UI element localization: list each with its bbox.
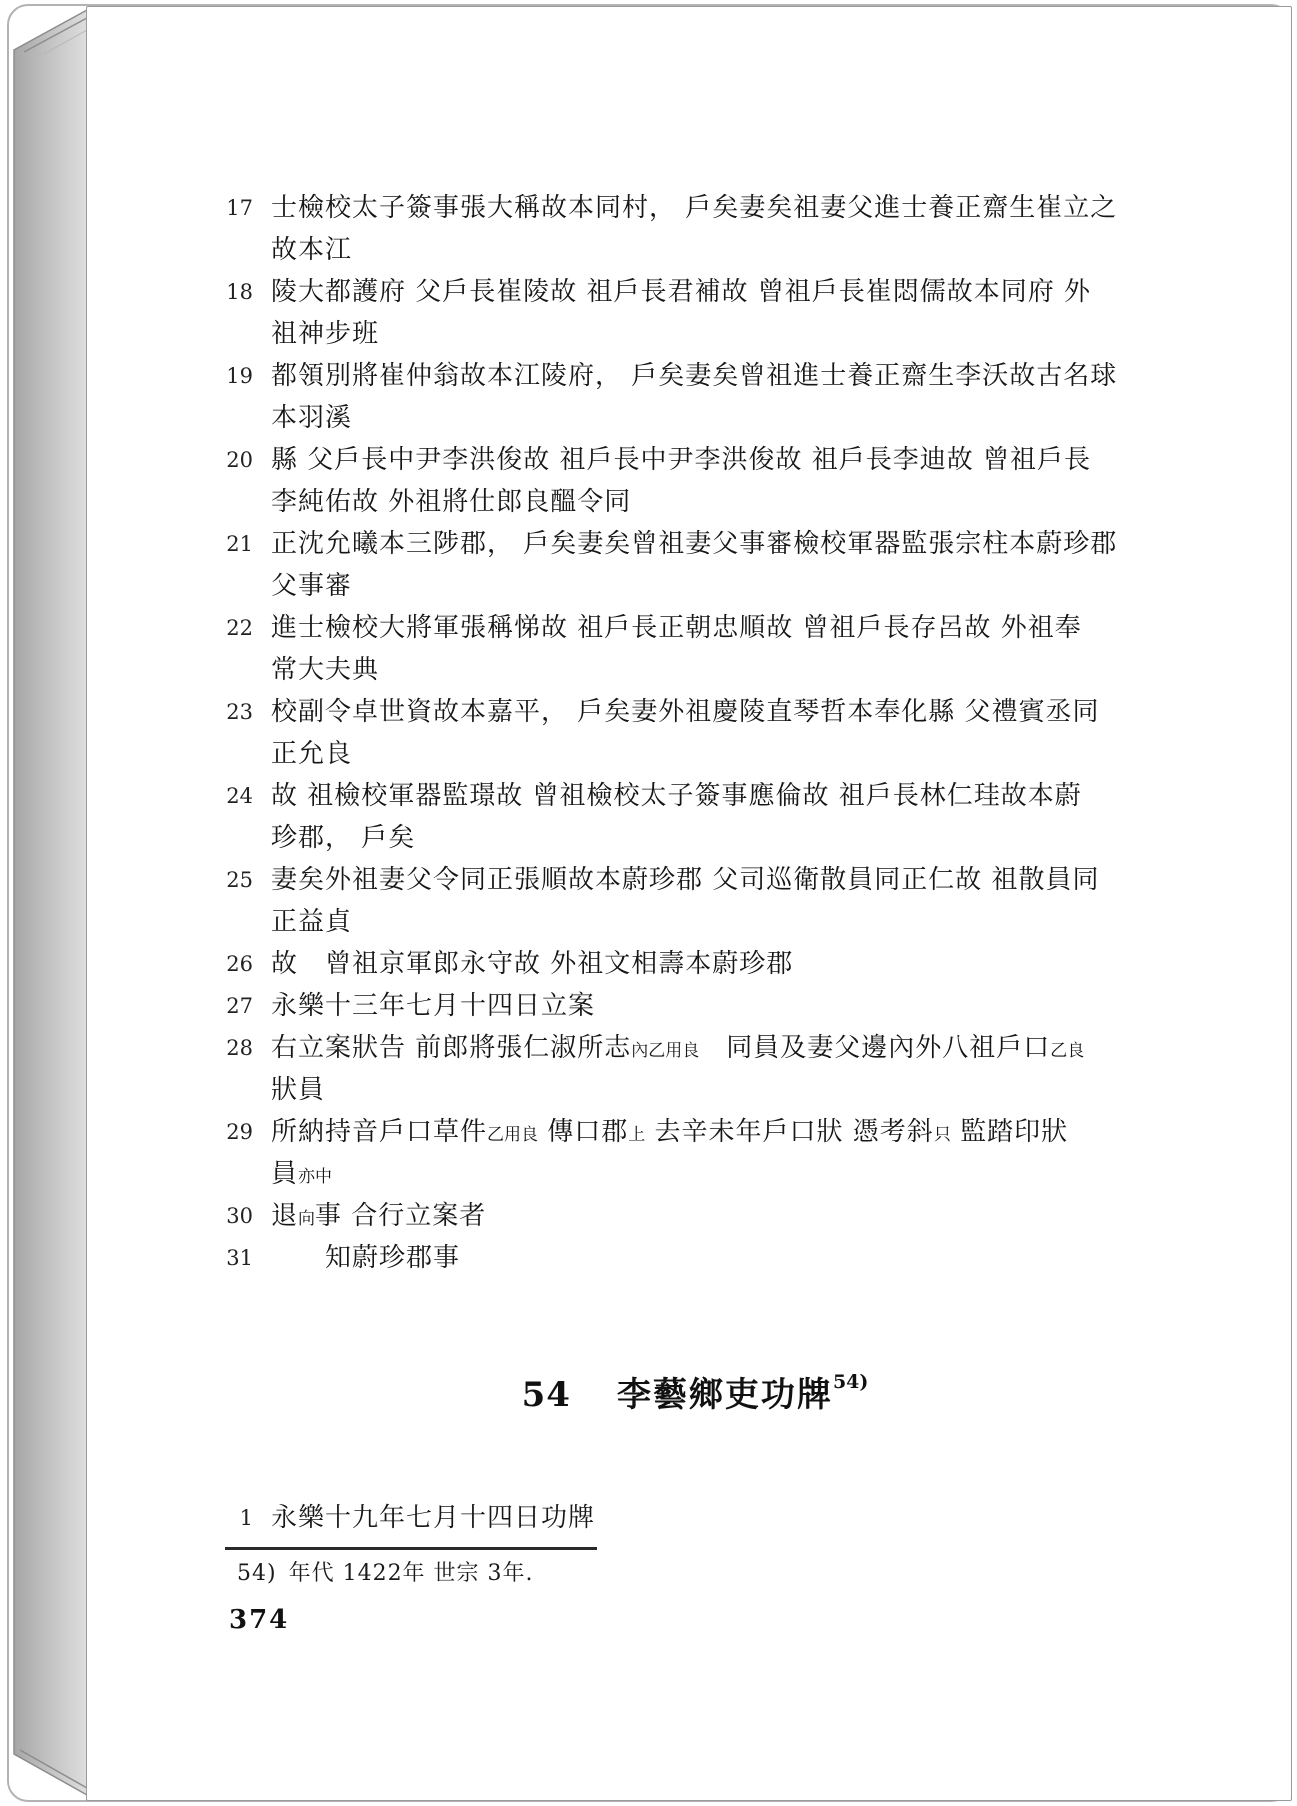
line-text: 退向事 合行立案者 [271,1195,486,1237]
line-number [215,565,253,607]
footnote-divider [225,1547,597,1550]
line-text: 珍郡， 戶矣 [271,817,415,859]
line-number [215,733,253,775]
section-number: 54 [522,1375,571,1415]
scanned-book-page: 17士檢校太子簽事張大稱故本同村， 戶矣妻矣祖妻父進士養正齋生崔立之故本江18陵… [0,0,1297,1806]
document-line-row: 18陵大都護府 父戶長崔陵故 祖戶長君補故 曾祖戶長崔悶儒故本同府 外 [215,271,1175,313]
line-text: 故 祖檢校軍器監璟故 曾祖檢校太子簽事應倫故 祖戶長林仁珪故本蔚 [271,775,1082,817]
line-number [215,313,253,355]
document-line-row: 正益貞 [215,901,1175,943]
line-text: 正沈允曦本三陟郡， 戶矣妻矣曾祖妻父事審檢校軍器監張宗柱本蔚珍郡 [271,523,1117,565]
section-heading: 54李藝鄉吏功牌54) [215,1359,1175,1405]
line-text: 進士檢校大將軍張稱悌故 祖戶長正朝忠順故 曾祖戶長存呂故 外祖奉 [271,607,1082,649]
document-line-row: 正允良 [215,733,1175,775]
text-segment: 縣 父戶長中尹李洪俊故 祖戶長中尹李洪俊故 祖戶長李迪故 曾祖戶長 [271,445,1091,475]
idu-gloss: 內乙用良 [631,1041,699,1061]
line-text: 所納持音戶口草件乙用良 傳口郡上 去辛未年戶口狀 憑考斜只 監踏印狀 [271,1111,1068,1153]
footnote: 54)年代 1422年 世宗 3年. [237,1559,937,1589]
idu-gloss: 亦中 [298,1167,332,1187]
text-segment: 李純佑故 外祖將仕郎良醞令同 [271,487,631,517]
line-text: 正益貞 [271,901,352,943]
line-number: 28 [215,1027,253,1069]
text-segment: 故 祖檢校軍器監璟故 曾祖檢校太子簽事應倫故 祖戶長林仁珪故本蔚 [271,781,1082,811]
text-segment: 知蔚珍郡事 [325,1243,460,1273]
line-number [215,481,253,523]
entry-54-lines: 1永樂十九年七月十四日功牌 [215,1497,1175,1539]
document-line-row: 員亦中 [215,1153,1175,1195]
line-number: 23 [215,691,253,733]
line-number: 21 [215,523,253,565]
line-text: 父事審 [271,565,352,607]
line-text: 知蔚珍郡事 [271,1237,460,1279]
line-number [215,817,253,859]
document-line-row: 珍郡， 戶矣 [215,817,1175,859]
text-segment: 員 [271,1159,298,1189]
line-number: 20 [215,439,253,481]
text-segment: 常大夫典 [271,655,379,685]
line-number [215,229,253,271]
line-number [215,397,253,439]
text-segment: 都領別將崔仲翁故本江陵府， 戶矣妻矣曾祖進士養正齋生李沃故古名球 [271,361,1117,391]
line-number [215,1153,253,1195]
text-segment: 退 [271,1201,298,1231]
line-text: 故本江 [271,229,352,271]
section-title: 李藝鄉吏功牌 [617,1375,833,1415]
text-segment: 祖神步班 [271,319,379,349]
line-number: 19 [215,355,253,397]
document-line-row: 22進士檢校大將軍張稱悌故 祖戶長正朝忠順故 曾祖戶長存呂故 外祖奉 [215,607,1175,649]
text-segment: 珍郡， 戶矣 [271,823,415,853]
text-segment: 所納持音戶口草件 [271,1117,487,1147]
text-segment: 妻矣外祖妻父令同正張順故本蔚珍郡 父司巡衛散員同正仁故 祖散員同 [271,865,1100,895]
document-line-row: 31知蔚珍郡事 [215,1237,1175,1279]
line-text: 狀員 [271,1069,325,1111]
text-segment: 校副令卓世資故本嘉平， 戶矣妻外祖慶陵直琴哲本奉化縣 父禮賓丞同 [271,697,1100,727]
line-text: 右立案狀告 前郎將張仁淑所志內乙用良 同員及妻父邊內外八祖戶口乙良 [271,1027,1084,1069]
document-line-row: 20縣 父戶長中尹李洪俊故 祖戶長中尹李洪俊故 祖戶長李迪故 曾祖戶長 [215,439,1175,481]
document-line-row: 25妻矣外祖妻父令同正張順故本蔚珍郡 父司巡衛散員同正仁故 祖散員同 [215,859,1175,901]
line-text: 本羽溪 [271,397,352,439]
document-line-row: 1永樂十九年七月十四日功牌 [215,1497,1175,1539]
text-segment: 同員及妻父邊內外八祖戶口 [699,1033,1050,1063]
document-line-row: 常大夫典 [215,649,1175,691]
idu-gloss: 向 [298,1209,315,1229]
text-segment: 正允良 [271,739,352,769]
line-text: 校副令卓世資故本嘉平， 戶矣妻外祖慶陵直琴哲本奉化縣 父禮賓丞同 [271,691,1100,733]
text-segment: 正沈允曦本三陟郡， 戶矣妻矣曾祖妻父事審檢校軍器監張宗柱本蔚珍郡 [271,529,1117,559]
line-text: 永樂十九年七月十四日功牌 [271,1497,595,1539]
text-segment: 右立案狀告 前郎將張仁淑所志 [271,1033,631,1063]
section-footnote-ref: 54) [833,1371,868,1393]
idu-gloss: 乙用良 [487,1125,538,1145]
idu-gloss: 上 [628,1125,645,1145]
footnote-text: 年代 1422年 世宗 3年. [289,1561,534,1586]
text-segment: 父事審 [271,571,352,601]
line-number: 1 [215,1497,253,1539]
document-line-row: 19都領別將崔仲翁故本江陵府， 戶矣妻矣曾祖進士養正齋生李沃故古名球 [215,355,1175,397]
line-text: 祖神步班 [271,313,379,355]
line-text: 故 曾祖京軍郎永守故 外祖文相壽本蔚珍郡 [271,943,793,985]
line-text: 陵大都護府 父戶長崔陵故 祖戶長君補故 曾祖戶長崔悶儒故本同府 外 [271,271,1091,313]
text-segment: 本羽溪 [271,403,352,433]
line-number: 18 [215,271,253,313]
line-text: 都領別將崔仲翁故本江陵府， 戶矣妻矣曾祖進士養正齋生李沃故古名球 [271,355,1117,397]
line-number: 17 [215,187,253,229]
page-number: 374 [229,1605,289,1635]
line-number: 24 [215,775,253,817]
document-line-row: 27永樂十三年七月十四日立案 [215,985,1175,1027]
entry-53-lines: 17士檢校太子簽事張大稱故本同村， 戶矣妻矣祖妻父進士養正齋生崔立之故本江18陵… [215,187,1175,1279]
line-text: 常大夫典 [271,649,379,691]
document-line-row: 29所納持音戶口草件乙用良 傳口郡上 去辛未年戶口狀 憑考斜只 監踏印狀 [215,1111,1175,1153]
text-segment: 去辛未年戶口狀 憑考斜 [645,1117,934,1147]
line-number [215,649,253,691]
text-segment: 正益貞 [271,907,352,937]
text-segment: 故 曾祖京軍郎永守故 外祖文相壽本蔚珍郡 [271,949,793,979]
page-surface: 17士檢校太子簽事張大稱故本同村， 戶矣妻矣祖妻父進士養正齋生崔立之故本江18陵… [86,6,1292,1801]
document-line-row: 17士檢校太子簽事張大稱故本同村， 戶矣妻矣祖妻父進士養正齋生崔立之 [215,187,1175,229]
line-number: 22 [215,607,253,649]
line-number: 27 [215,985,253,1027]
document-line-row: 30退向事 合行立案者 [215,1195,1175,1237]
line-number [215,901,253,943]
document-line-row: 父事審 [215,565,1175,607]
document-line-row: 21正沈允曦本三陟郡， 戶矣妻矣曾祖妻父事審檢校軍器監張宗柱本蔚珍郡 [215,523,1175,565]
text-segment: 狀員 [271,1075,325,1105]
text-segment: 士檢校太子簽事張大稱故本同村， 戶矣妻矣祖妻父進士養正齋生崔立之 [271,193,1117,223]
line-text: 正允良 [271,733,352,775]
document-line-row: 本羽溪 [215,397,1175,439]
document-line-row: 李純佑故 外祖將仕郎良醞令同 [215,481,1175,523]
line-text: 李純佑故 外祖將仕郎良醞令同 [271,481,631,523]
text-segment: 永樂十三年七月十四日立案 [271,991,595,1021]
line-text: 永樂十三年七月十四日立案 [271,985,595,1027]
footnote-label: 54) [237,1561,277,1586]
document-line-row: 26故 曾祖京軍郎永守故 外祖文相壽本蔚珍郡 [215,943,1175,985]
text-segment: 事 合行立案者 [315,1201,486,1231]
line-number [215,1069,253,1111]
document-line-row: 28右立案狀告 前郎將張仁淑所志內乙用良 同員及妻父邊內外八祖戶口乙良 [215,1027,1175,1069]
idu-gloss: 乙良 [1050,1041,1084,1061]
document-line-row: 狀員 [215,1069,1175,1111]
line-number: 26 [215,943,253,985]
document-line-row: 23校副令卓世資故本嘉平， 戶矣妻外祖慶陵直琴哲本奉化縣 父禮賓丞同 [215,691,1175,733]
line-number: 30 [215,1195,253,1237]
line-number: 31 [215,1237,253,1279]
line-text: 士檢校太子簽事張大稱故本同村， 戶矣妻矣祖妻父進士養正齋生崔立之 [271,187,1117,229]
page-stack-band [14,10,87,1795]
line-text: 妻矣外祖妻父令同正張順故本蔚珍郡 父司巡衛散員同正仁故 祖散員同 [271,859,1100,901]
text-segment: 永樂十九年七月十四日功牌 [271,1503,595,1533]
document-line-row: 祖神步班 [215,313,1175,355]
line-text: 縣 父戶長中尹李洪俊故 祖戶長中尹李洪俊故 祖戶長李迪故 曾祖戶長 [271,439,1091,481]
line-number: 29 [215,1111,253,1153]
text-segment: 故本江 [271,235,352,265]
idu-gloss: 只 [934,1125,951,1145]
text-segment: 陵大都護府 父戶長崔陵故 祖戶長君補故 曾祖戶長崔悶儒故本同府 外 [271,277,1091,307]
document-line-row: 24故 祖檢校軍器監璟故 曾祖檢校太子簽事應倫故 祖戶長林仁珪故本蔚 [215,775,1175,817]
line-text: 員亦中 [271,1153,332,1195]
text-segment: 傳口郡 [538,1117,628,1147]
line-number: 25 [215,859,253,901]
document-line-row: 故本江 [215,229,1175,271]
text-segment: 進士檢校大將軍張稱悌故 祖戶長正朝忠順故 曾祖戶長存呂故 外祖奉 [271,613,1082,643]
text-segment: 監踏印狀 [951,1117,1068,1147]
